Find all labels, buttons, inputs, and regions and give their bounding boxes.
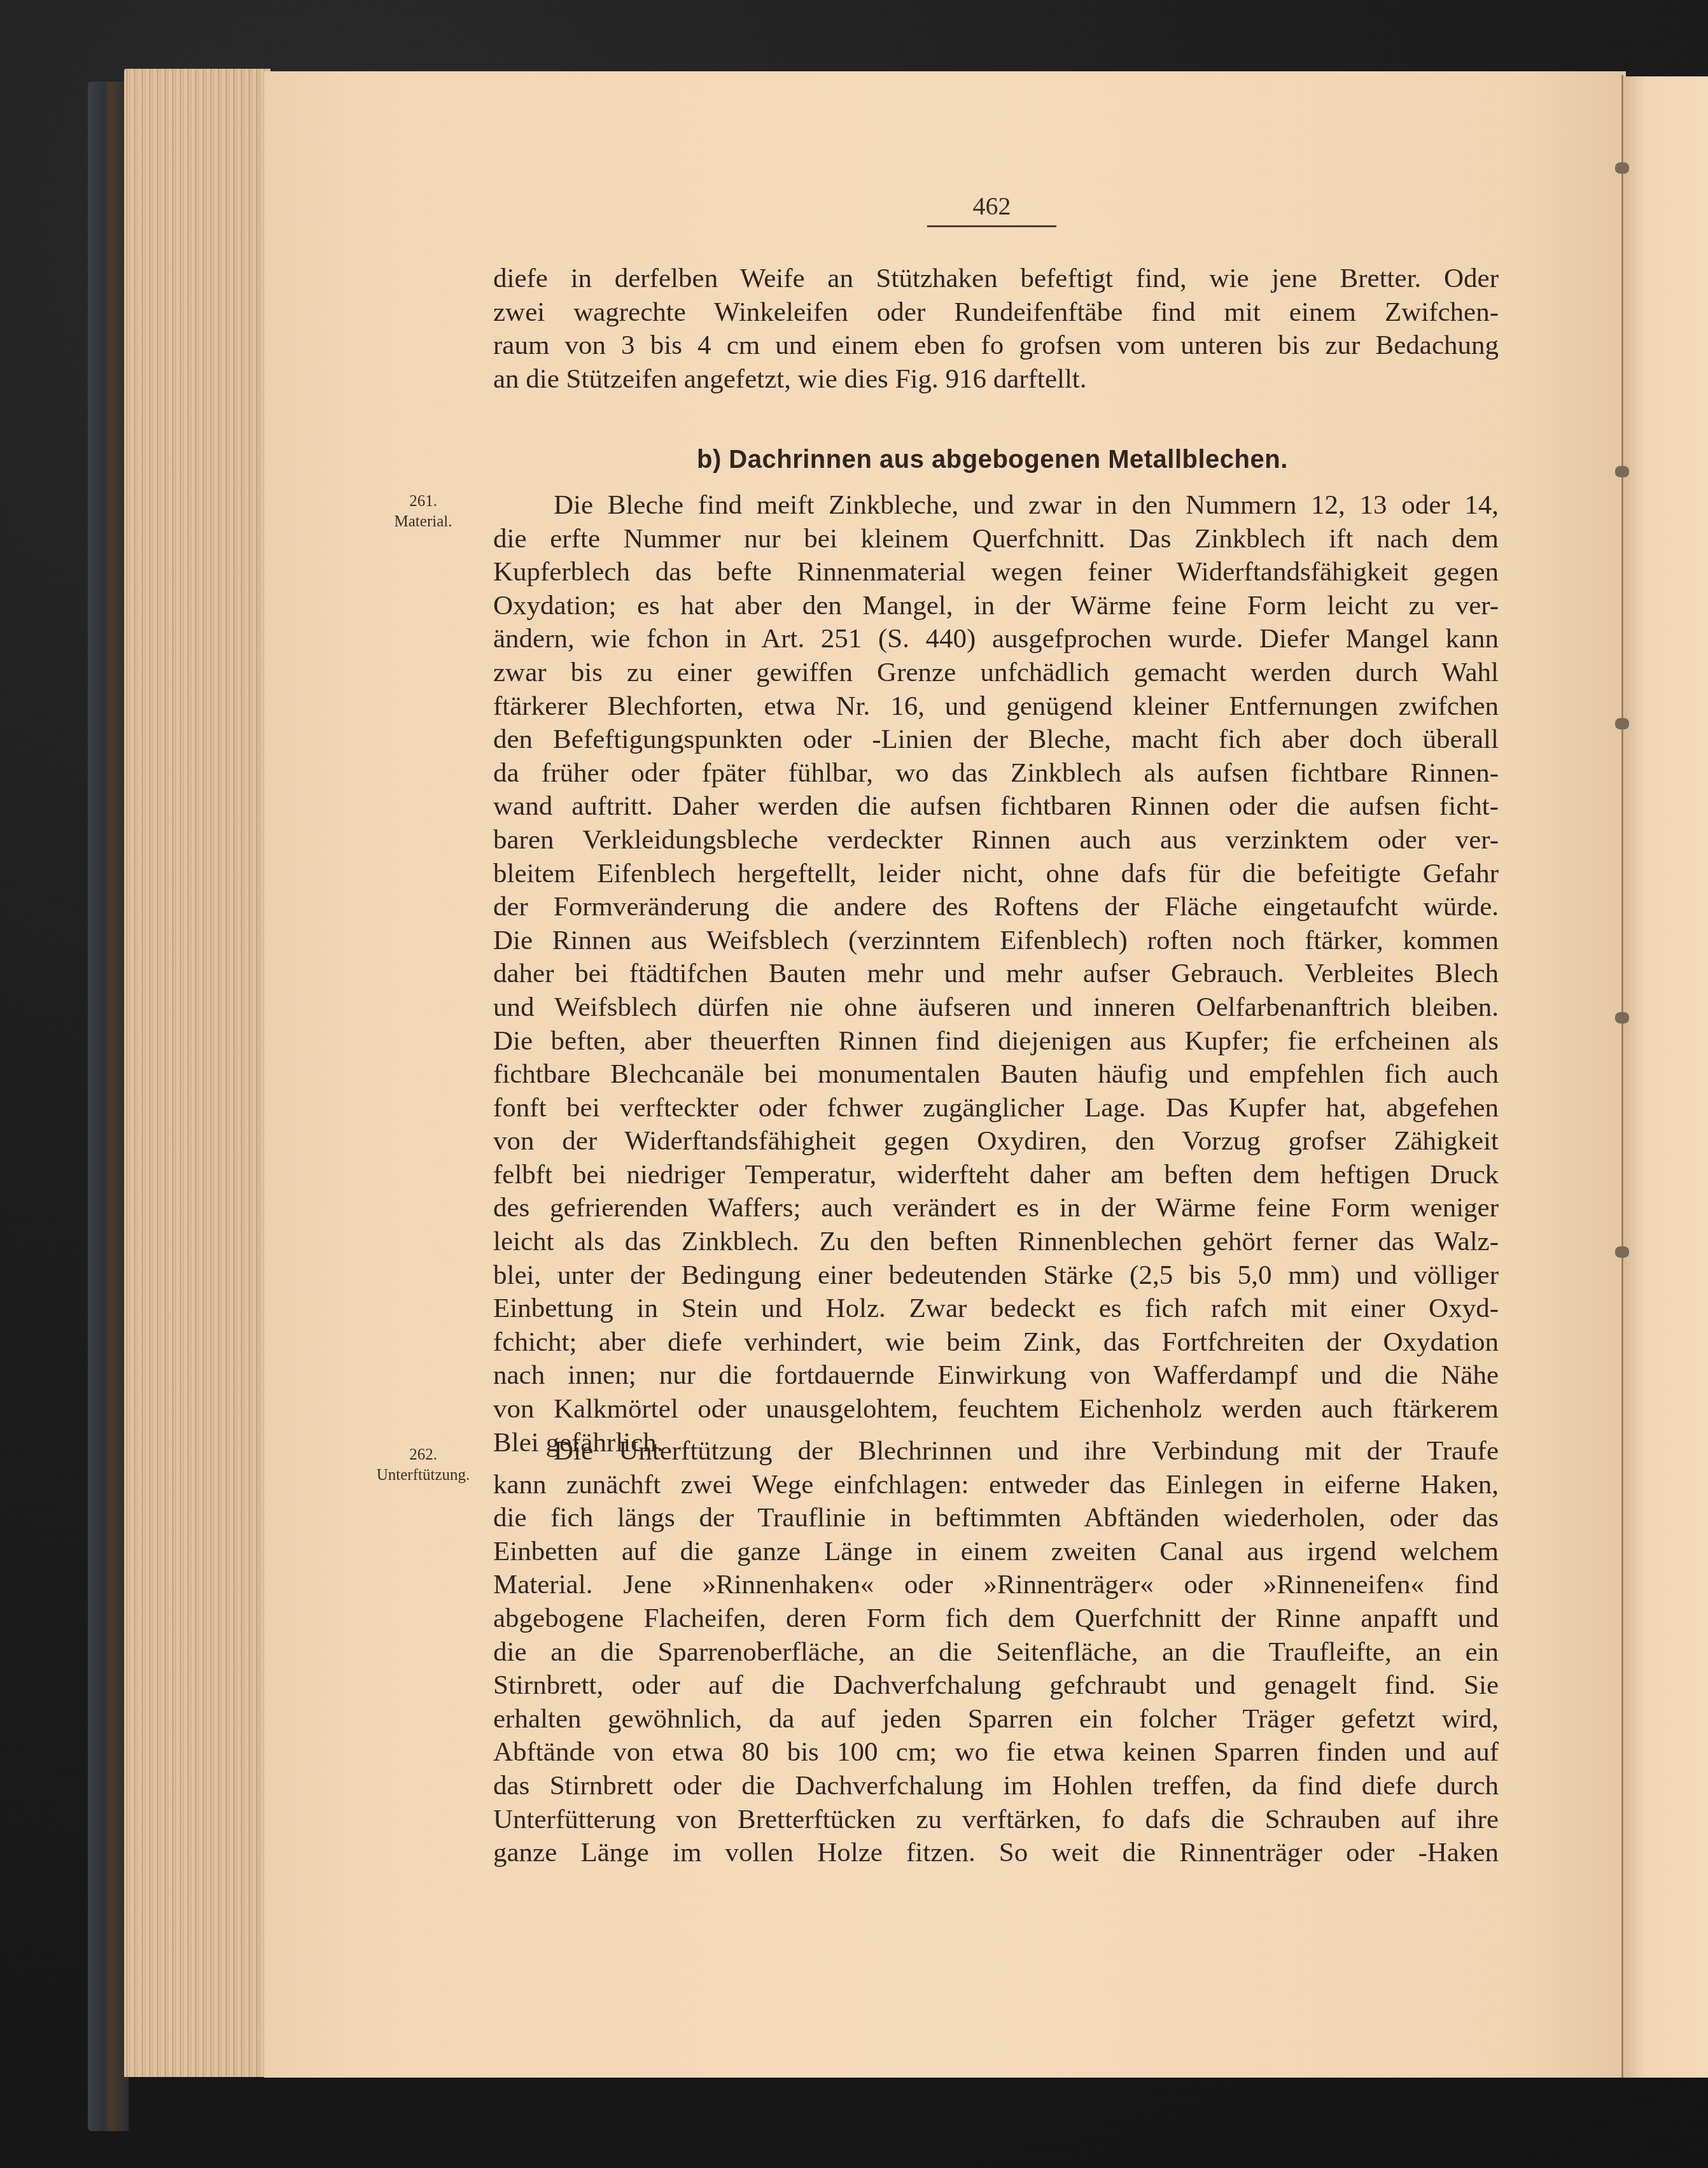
- article-number: 261.: [360, 491, 487, 512]
- article-title: Material.: [360, 512, 487, 532]
- text-line: zwar bis zu einer gewiffen Grenze unfchä…: [493, 656, 1499, 690]
- text-line: leicht als das Zinkblech. Zu den beften …: [493, 1225, 1499, 1259]
- binding-stitch-icon: [1615, 162, 1629, 174]
- article-title: Unterftützung.: [360, 1465, 487, 1486]
- binding-stitch-icon: [1615, 718, 1629, 729]
- text-line: ganze Länge im vollen Holze fitzen. So w…: [493, 1836, 1499, 1870]
- text-line: an die Stützeifen angefetzt, wie dies Fi…: [493, 363, 1499, 397]
- binding-stitch-icon: [1615, 466, 1629, 477]
- gutter-fold: [1621, 75, 1623, 2078]
- text-line: ändern, wie fchon in Art. 251 (S. 440) a…: [493, 623, 1499, 656]
- text-line: baren Verkleidungsbleche verdeckter Rinn…: [493, 824, 1499, 857]
- text-line: Die beften, aber theuerften Rinnen find …: [493, 1025, 1499, 1059]
- text-line: und Weifsblech dürfen nie ohne äufseren …: [493, 991, 1499, 1025]
- book-cover-edge: [88, 81, 129, 2131]
- text-line: Einbetten auf die ganze Länge in einem z…: [493, 1535, 1499, 1569]
- article-number: 262.: [360, 1445, 487, 1465]
- text-line: Abftände von etwa 80 bis 100 cm; wo fie …: [493, 1736, 1499, 1770]
- binding-stitch-icon: [1615, 1246, 1629, 1258]
- text-line: fonft bei verfteckter oder fchwer zugäng…: [493, 1092, 1499, 1125]
- text-line: Stirnbrett, oder auf die Dachverfchalung…: [493, 1669, 1499, 1703]
- text-line: blei, unter der Bedingung einer bedeuten…: [493, 1259, 1499, 1293]
- text-line: Material. Jene »Rinnenhaken« oder »Rinne…: [493, 1568, 1499, 1602]
- text-line: von der Widerftandsfähigheit gegen Oxydi…: [493, 1125, 1499, 1158]
- text-line: Oxydation; es hat aber den Mangel, in de…: [493, 589, 1499, 623]
- continuation-paragraph: diefe in derfelben Weife an Stützhaken b…: [493, 262, 1499, 396]
- text-line: Die Rinnen aus Weifsblech (verzinntem Ei…: [493, 924, 1499, 958]
- section-heading: b) Dachrinnen aus abgebogenen Metallblec…: [697, 446, 1301, 474]
- text-line: bleitem Eifenblech hergeftellt, leider n…: [493, 857, 1499, 891]
- text-line: daher bei ftädtifchen Bauten mehr und me…: [493, 957, 1499, 991]
- text-line: Einbettung in Stein und Holz. Zwar bedec…: [493, 1292, 1499, 1326]
- text-line: der Formveränderung die andere des Rofte…: [493, 890, 1499, 924]
- text-line: da früher oder fpäter fühlbar, wo das Zi…: [493, 757, 1499, 791]
- text-line: kann zunächft zwei Wege einfchlagen: ent…: [493, 1468, 1499, 1502]
- text-line: raum von 3 bis 4 cm und einem eben fo gr…: [493, 329, 1499, 363]
- text-line: abgebogene Flacheifen, deren Form fich d…: [493, 1602, 1499, 1636]
- text-line: die erfte Nummer nur bei kleinem Querfch…: [493, 523, 1499, 556]
- text-line: ftärkerer Blechforten, etwa Nr. 16, und …: [493, 690, 1499, 724]
- text-line: zwei wagrechte Winkeleifen oder Rundeife…: [493, 296, 1499, 330]
- text-line: Die Unterftützung der Blechrinnen und ih…: [493, 1435, 1499, 1468]
- text-line: den Befeftigungspunkten oder -Linien der…: [493, 723, 1499, 757]
- text-line: erhalten gewöhnlich, da auf jeden Sparre…: [493, 1703, 1499, 1736]
- article-261-paragraph: Die Bleche find meift Zinkbleche, und zw…: [493, 489, 1499, 1460]
- book-page-right-sliver: [1624, 76, 1708, 2078]
- margin-note-article-261: 261. Material.: [360, 491, 487, 532]
- text-line: Unterfütterung von Bretterftücken zu ver…: [493, 1803, 1499, 1837]
- binding-stitch-icon: [1615, 1012, 1629, 1024]
- text-line: nach innen; nur die fortdauernde Einwirk…: [493, 1359, 1499, 1393]
- text-line: Kupferblech das befte Rinnenmaterial weg…: [493, 556, 1499, 589]
- page-number-rule: [927, 225, 1056, 227]
- text-line: felbft bei niedriger Temperatur, widerft…: [493, 1158, 1499, 1192]
- text-line: die an die Sparrenoberfläche, an die Sei…: [493, 1636, 1499, 1670]
- text-line: diefe in derfelben Weife an Stützhaken b…: [493, 262, 1499, 296]
- margin-note-article-262: 262. Unterftützung.: [360, 1445, 487, 1486]
- page-number: 462: [927, 191, 1056, 221]
- text-line: das Stirnbrett oder die Dachverfchalung …: [493, 1770, 1499, 1803]
- page-edges-stack: [124, 69, 270, 2077]
- article-262-paragraph: Die Unterftützung der Blechrinnen und ih…: [493, 1435, 1499, 1870]
- text-line: fichtbare Blechcanäle bei monumentalen B…: [493, 1058, 1499, 1092]
- text-line: wand auftritt. Daher werden die aufsen f…: [493, 790, 1499, 824]
- text-line: fchicht; aber diefe verhindert, wie beim…: [493, 1326, 1499, 1360]
- text-line: des gefrierenden Waffers; auch verändert…: [493, 1192, 1499, 1225]
- text-line: von Kalkmörtel oder unausgelohtem, feuch…: [493, 1393, 1499, 1426]
- text-line: Die Bleche find meift Zinkbleche, und zw…: [493, 489, 1499, 523]
- text-line: die fich längs der Trauflinie in beftimm…: [493, 1502, 1499, 1535]
